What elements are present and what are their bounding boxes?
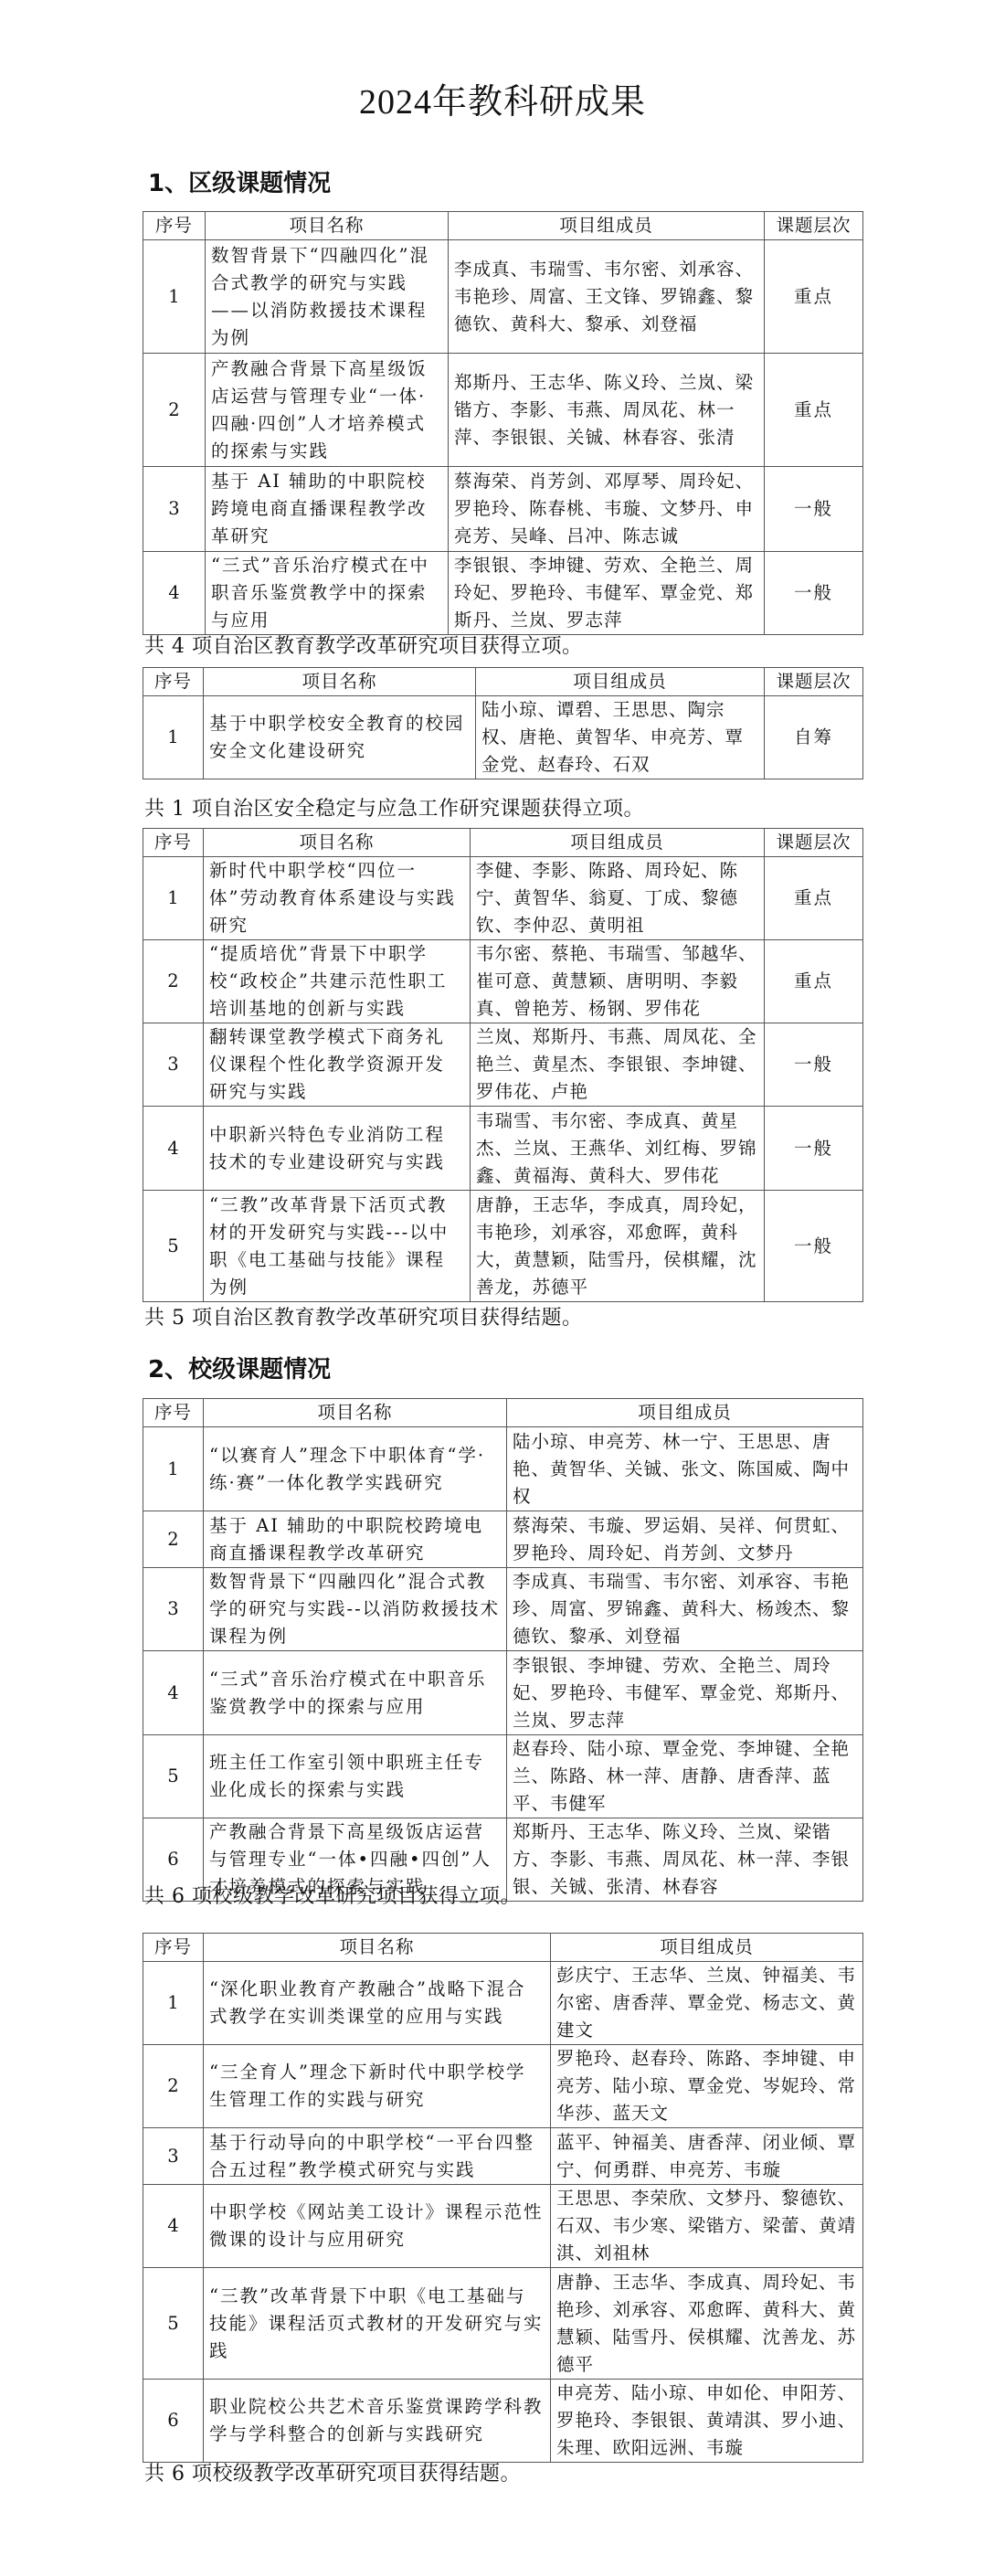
- row-number: 2: [143, 1511, 204, 1568]
- project-name: 中职新兴特色专业消防工程技术的专业建设研究与实践: [204, 1107, 471, 1191]
- project-members: 王思思、李荣欣、文梦丹、黎德钦、石双、韦少寒、梁锴方、梁蕾、黄靖淇、刘祖林: [551, 2185, 863, 2268]
- table-row: 4 “三式”音乐治疗模式在中职音乐鉴赏教学中的探索与应用 李银银、李坤键、劳欢、…: [143, 1651, 863, 1735]
- project-name: 基于 AI 辅助的中职院校跨境电商直播课程教学改革研究: [206, 467, 449, 552]
- project-level: 重点: [765, 857, 863, 940]
- column-header-no: 序号: [143, 1399, 204, 1427]
- row-number: 5: [143, 2268, 204, 2380]
- row-number: 2: [143, 354, 206, 467]
- school-reform-completed-table: 序号 项目名称 项目组成员 1 “深化职业教育产教融合”战略下混合式教学在实训类…: [143, 1933, 863, 2463]
- project-members: 彭庆宁、王志华、兰岚、钟福美、韦尔密、唐香萍、覃金党、杨志文、黄建文: [551, 1962, 863, 2045]
- column-header-members: 项目组成员: [507, 1399, 863, 1427]
- column-header-name: 项目名称: [204, 668, 476, 696]
- project-members: 赵春玲、陆小琼、覃金党、李坤键、全艳兰、陈路、林一萍、唐静、唐香萍、蓝平、韦健军: [507, 1735, 863, 1818]
- project-level: 重点: [765, 240, 863, 354]
- project-name: 职业院校公共艺术音乐鉴赏课跨学科教学与学科整合的创新与实践研究: [204, 2380, 551, 2463]
- project-name: 基于中职学校安全教育的校园安全文化建设研究: [204, 696, 476, 779]
- project-name: 基于行动导向的中职学校“一平台四整合五过程”教学模式研究与实践: [204, 2128, 551, 2185]
- row-number: 3: [143, 2128, 204, 2185]
- school-reform-approved-table: 序号 项目名称 项目组成员 1 “以赛育人”理念下中职体育“学·练·赛”一体化教…: [143, 1398, 863, 1902]
- table-row: 5 “三教”改革背景下中职《电工基础与技能》课程活页式教材的开发研究与实践 唐静…: [143, 2268, 863, 2380]
- table-row: 4 “三式”音乐治疗模式在中职音乐鉴赏教学中的探索与应用 李银银、李坤键、劳欢、…: [143, 552, 863, 635]
- row-number: 6: [143, 2380, 204, 2463]
- page-title: 2024年教科研成果: [0, 73, 1005, 123]
- project-name: 翻转课堂教学模式下商务礼仪课程个性化教学资源开发研究与实践: [204, 1023, 471, 1107]
- project-name: “提质培优”背景下中职学校“政校企”共建示范性职工培训基地的创新与实践: [204, 940, 471, 1023]
- project-members: 李银银、李坤键、劳欢、全艳兰、周玲妃、罗艳玲、韦健军、覃金党、郑斯丹、兰岚、罗志…: [449, 552, 765, 635]
- section-heading-district: 1、区级课题情况: [148, 164, 331, 198]
- project-level: 一般: [765, 1023, 863, 1107]
- table-row: 1 数智背景下“四融四化”混合式教学的研究与实践——以消防救援技术课程为例 李成…: [143, 240, 863, 354]
- project-name: 数智背景下“四融四化”混合式教学的研究与实践——以消防救援技术课程为例: [206, 240, 449, 354]
- column-header-no: 序号: [143, 829, 204, 857]
- column-header-members: 项目组成员: [471, 829, 765, 857]
- row-number: 1: [143, 1962, 204, 2045]
- project-name: 中职学校《网站美工设计》课程示范性微课的设计与应用研究: [204, 2185, 551, 2268]
- project-name: “三教”改革背景下中职《电工基础与技能》课程活页式教材的开发研究与实践: [204, 2268, 551, 2380]
- project-members: 李银银、李坤键、劳欢、全艳兰、周玲妃、罗艳玲、韦健军、覃金党、郑斯丹、兰岚、罗志…: [507, 1651, 863, 1735]
- table-row: 5 “三教”改革背景下活页式教材的开发研究与实践---以中职《电工基础与技能》课…: [143, 1191, 863, 1302]
- project-members: 韦瑞雪、韦尔密、李成真、黄星杰、兰岚、王燕华、刘红梅、罗锦鑫、黄福海、黄科大、罗…: [471, 1107, 765, 1191]
- project-name: “三教”改革背景下活页式教材的开发研究与实践---以中职《电工基础与技能》课程为…: [204, 1191, 471, 1302]
- district-reform-projects-table: 序号 项目名称 项目组成员 课题层次 1 数智背景下“四融四化”混合式教学的研究…: [143, 211, 863, 635]
- project-members: 蔡海荣、肖芳剑、邓厚琴、周玲妃、罗艳玲、陈春桃、韦璇、文梦丹、申亮芳、吴峰、吕冲…: [449, 467, 765, 552]
- table-row: 3 翻转课堂教学模式下商务礼仪课程个性化教学资源开发研究与实践 兰岚、郑斯丹、韦…: [143, 1023, 863, 1107]
- column-header-level: 课题层次: [765, 829, 863, 857]
- column-header-name: 项目名称: [204, 1934, 551, 1962]
- project-members: 郑斯丹、王志华、陈义玲、兰岚、梁锴方、李影、韦燕、周凤花、林一萍、李银银、关铖、…: [507, 1818, 863, 1902]
- table-row: 4 中职学校《网站美工设计》课程示范性微课的设计与应用研究 王思思、李荣欣、文梦…: [143, 2185, 863, 2268]
- row-number: 4: [143, 2185, 204, 2268]
- table-row: 5 班主任工作室引领中职班主任专业化成长的探索与实践 赵春玲、陆小琼、覃金党、李…: [143, 1735, 863, 1818]
- table-header-row: 序号 项目名称 项目组成员: [143, 1934, 863, 1962]
- project-members: 兰岚、郑斯丹、韦燕、周凤花、全艳兰、黄星杰、李银银、李坤键、罗伟花、卢艳: [471, 1023, 765, 1107]
- row-number: 3: [143, 1568, 204, 1651]
- table-row: 4 中职新兴特色专业消防工程技术的专业建设研究与实践 韦瑞雪、韦尔密、李成真、黄…: [143, 1107, 863, 1191]
- row-number: 1: [143, 240, 206, 354]
- column-header-name: 项目名称: [204, 1399, 507, 1427]
- project-members: 李健、李影、陈路、周玲妃、陈宁、黄智华、翁夏、丁成、黎德钦、李仲忍、黄明祖: [471, 857, 765, 940]
- project-members: 陆小琼、谭碧、王思思、陶宗权、唐艳、黄智华、申亮芳、覃金党、赵春玲、石双: [476, 696, 765, 779]
- district-safety-projects-table: 序号 项目名称 项目组成员 课题层次 1 基于中职学校安全教育的校园安全文化建设…: [143, 667, 863, 779]
- table-row: 3 基于行动导向的中职学校“一平台四整合五过程”教学模式研究与实践 蓝平、钟福美…: [143, 2128, 863, 2185]
- table-row: 2 “三全育人”理念下新时代中职学校学生管理工作的实践与研究 罗艳玲、赵春玲、陈…: [143, 2045, 863, 2128]
- project-level: 一般: [765, 1107, 863, 1191]
- summary-district-safety-approved: 共 1 项自治区安全稳定与应急工作研究课题获得立项。: [144, 793, 644, 822]
- table-row: 2 “提质培优”背景下中职学校“政校企”共建示范性职工培训基地的创新与实践 韦尔…: [143, 940, 863, 1023]
- table-row: 1 基于中职学校安全教育的校园安全文化建设研究 陆小琼、谭碧、王思思、陶宗权、唐…: [143, 696, 863, 779]
- project-members: 李成真、韦瑞雪、韦尔密、刘承容、韦艳珍、周富、王文锋、罗锦鑫、黎德钦、黄科大、黎…: [449, 240, 765, 354]
- column-header-level: 课题层次: [765, 212, 863, 240]
- row-number: 3: [143, 467, 206, 552]
- project-name: “三式”音乐治疗模式在中职音乐鉴赏教学中的探索与应用: [206, 552, 449, 635]
- project-members: 郑斯丹、王志华、陈义玲、兰岚、梁锴方、李影、韦燕、周凤花、林一萍、李银银、关铖、…: [449, 354, 765, 467]
- project-members: 蔡海荣、韦璇、罗运娟、吴祥、何贯虹、罗艳玲、周玲妃、肖芳剑、文梦丹: [507, 1511, 863, 1568]
- project-name: “以赛育人”理念下中职体育“学·练·赛”一体化教学实践研究: [204, 1427, 507, 1511]
- table-row: 3 数智背景下“四融四化”混合式教学的研究与实践--以消防救援技术课程为例 李成…: [143, 1568, 863, 1651]
- table-row: 2 产教融合背景下高星级饭店运营与管理专业“一体·四融·四创”人才培养模式的探索…: [143, 354, 863, 467]
- project-members: 蓝平、钟福美、唐香萍、闭业倾、覃宁、何勇群、申亮芳、韦璇: [551, 2128, 863, 2185]
- row-number: 2: [143, 2045, 204, 2128]
- project-name: “三全育人”理念下新时代中职学校学生管理工作的实践与研究: [204, 2045, 551, 2128]
- row-number: 4: [143, 1651, 204, 1735]
- column-header-members: 项目组成员: [449, 212, 765, 240]
- project-level: 重点: [765, 940, 863, 1023]
- project-name: 产教融合背景下高星级饭店运营与管理专业“一体·四融·四创”人才培养模式的探索与实…: [206, 354, 449, 467]
- row-number: 3: [143, 1023, 204, 1107]
- project-members: 唐静，王志华，李成真，周玲妃，韦艳珍，刘承容，邓愈晖，黄科大，黄慧颖，陆雪丹，侯…: [471, 1191, 765, 1302]
- column-header-level: 课题层次: [765, 668, 863, 696]
- project-members: 李成真、韦瑞雪、韦尔密、刘承容、韦艳珍、周富、罗锦鑫、黄科大、杨竣杰、黎德钦、黎…: [507, 1568, 863, 1651]
- project-members: 唐静、王志华、李成真、周玲妃、韦艳珍、刘承容、邓愈晖、黄科大、黄慧颖、陆雪丹、侯…: [551, 2268, 863, 2380]
- project-level: 重点: [765, 354, 863, 467]
- summary-district-reform-approved: 共 4 项自治区教育教学改革研究项目获得立项。: [144, 631, 583, 659]
- row-number: 5: [143, 1735, 204, 1818]
- table-row: 2 基于 AI 辅助的中职院校跨境电商直播课程教学改革研究 蔡海荣、韦璇、罗运娟…: [143, 1511, 863, 1568]
- table-header-row: 序号 项目名称 项目组成员 课题层次: [143, 212, 863, 240]
- project-name: “深化职业教育产教融合”战略下混合式教学在实训类课堂的应用与实践: [204, 1962, 551, 2045]
- table-header-row: 序号 项目名称 项目组成员: [143, 1399, 863, 1427]
- project-name: 新时代中职学校“四位一体”劳动教育体系建设与实践研究: [204, 857, 471, 940]
- table-row: 6 职业院校公共艺术音乐鉴赏课跨学科教学与学科整合的创新与实践研究 申亮芳、陆小…: [143, 2380, 863, 2463]
- column-header-members: 项目组成员: [476, 668, 765, 696]
- column-header-no: 序号: [143, 668, 204, 696]
- project-members: 罗艳玲、赵春玲、陈路、李坤键、申亮芳、陆小琼、覃金党、岑妮玲、常华莎、蓝天文: [551, 2045, 863, 2128]
- row-number: 1: [143, 1427, 204, 1511]
- district-reform-completed-table: 序号 项目名称 项目组成员 课题层次 1 新时代中职学校“四位一体”劳动教育体系…: [143, 828, 863, 1302]
- row-number: 5: [143, 1191, 204, 1302]
- project-name: 基于 AI 辅助的中职院校跨境电商直播课程教学改革研究: [204, 1511, 507, 1568]
- column-header-no: 序号: [143, 1934, 204, 1962]
- project-members: 申亮芳、陆小琼、申如伦、申阳芳、罗艳玲、李银银、黄靖淇、罗小迪、朱理、欧阳远洲、…: [551, 2380, 863, 2463]
- row-number: 4: [143, 1107, 204, 1191]
- row-number: 1: [143, 857, 204, 940]
- table-row: 1 新时代中职学校“四位一体”劳动教育体系建设与实践研究 李健、李影、陈路、周玲…: [143, 857, 863, 940]
- project-level: 一般: [765, 552, 863, 635]
- project-level: 一般: [765, 1191, 863, 1302]
- table-header-row: 序号 项目名称 项目组成员 课题层次: [143, 829, 863, 857]
- row-number: 4: [143, 552, 206, 635]
- project-name: “三式”音乐治疗模式在中职音乐鉴赏教学中的探索与应用: [204, 1651, 507, 1735]
- summary-district-reform-completed: 共 5 项自治区教育教学改革研究项目获得结题。: [144, 1302, 583, 1330]
- project-level: 一般: [765, 467, 863, 552]
- table-row: 1 “深化职业教育产教融合”战略下混合式教学在实训类课堂的应用与实践 彭庆宁、王…: [143, 1962, 863, 2045]
- table-row: 1 “以赛育人”理念下中职体育“学·练·赛”一体化教学实践研究 陆小琼、申亮芳、…: [143, 1427, 863, 1511]
- column-header-name: 项目名称: [206, 212, 449, 240]
- row-number: 2: [143, 940, 204, 1023]
- column-header-name: 项目名称: [204, 829, 471, 857]
- project-members: 陆小琼、申亮芳、林一宁、王思思、唐艳、黄智华、关铖、张文、陈国威、陶中权: [507, 1427, 863, 1511]
- project-members: 韦尔密、蔡艳、韦瑞雪、邹越华、崔可意、黄慧颖、唐明明、李毅真、曾艳芳、杨钢、罗伟…: [471, 940, 765, 1023]
- table-row: 3 基于 AI 辅助的中职院校跨境电商直播课程教学改革研究 蔡海荣、肖芳剑、邓厚…: [143, 467, 863, 552]
- row-number: 1: [143, 696, 204, 779]
- table-header-row: 序号 项目名称 项目组成员 课题层次: [143, 668, 863, 696]
- project-name: 数智背景下“四融四化”混合式教学的研究与实践--以消防救援技术课程为例: [204, 1568, 507, 1651]
- section-heading-school: 2、校级课题情况: [148, 1351, 331, 1384]
- summary-school-reform-approved: 共 6 项校级教学改革研究项目获得立项。: [144, 1881, 521, 1909]
- summary-school-reform-completed: 共 6 项校级教学改革研究项目获得结题。: [144, 2458, 521, 2486]
- column-header-no: 序号: [143, 212, 206, 240]
- project-level: 自筹: [765, 696, 863, 779]
- project-name: 班主任工作室引领中职班主任专业化成长的探索与实践: [204, 1735, 507, 1818]
- column-header-members: 项目组成员: [551, 1934, 863, 1962]
